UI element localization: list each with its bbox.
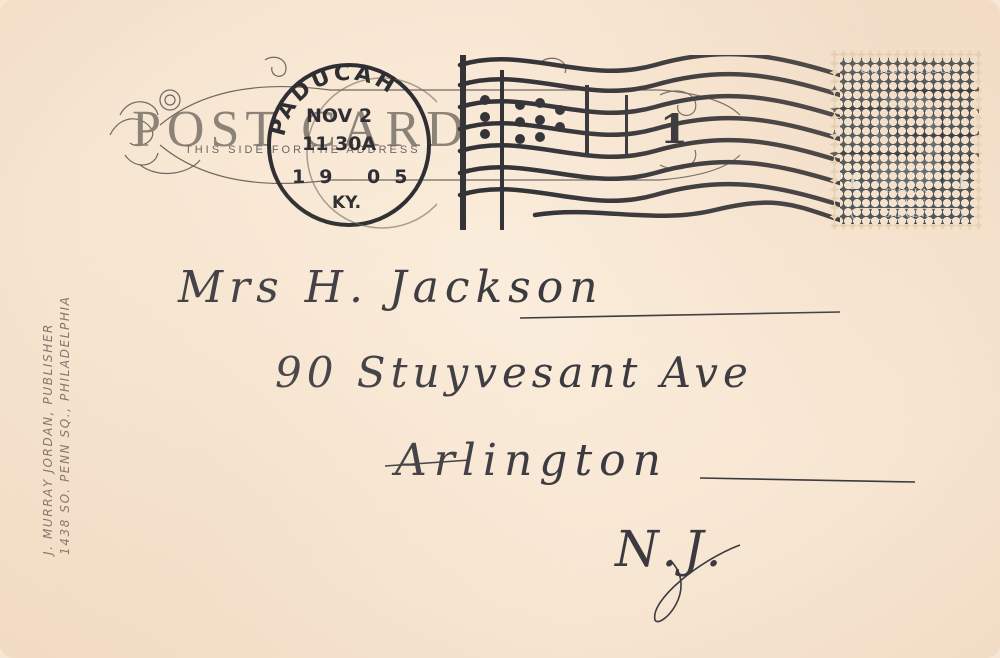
recipient-name: Mrs H. Jackson: [178, 262, 604, 313]
postmark-time: 11 30A: [302, 133, 376, 155]
stamp-postage-label: POSTAGE: [847, 198, 967, 207]
postmark: PADUCAH NOV 2 11 30A 19 05 KY.: [262, 58, 437, 233]
postmark-year: 19 05: [292, 166, 422, 188]
recipient-street: 90 Stuyvesant Ave: [275, 348, 753, 397]
stamp-cancel-lines-icon: [829, 79, 979, 199]
stamp-face: UNITED STATES OF 1 1 FRANKLIN POSTAGE ON…: [840, 58, 974, 224]
publisher-line-2: 1438 SO. PENN SQ., PHILADELPHIA: [57, 296, 74, 555]
recipient-state: N.J.: [615, 520, 728, 578]
postmark-date: NOV 2: [306, 105, 372, 127]
postcard-back: POST CARD THIS SIDE FOR THE ADDRESS 1: [0, 0, 1000, 658]
publisher-line-1: J. MURRAY JORDAN, PUBLISHER: [40, 296, 57, 555]
stamp-value: ONE CENT: [851, 208, 963, 220]
publisher-imprint: J. MURRAY JORDAN, PUBLISHER 1438 SO. PEN…: [40, 296, 74, 555]
flag-cancel-icon: 1: [455, 55, 840, 235]
stamp-country: UNITED STATES OF: [847, 65, 967, 75]
postage-stamp: UNITED STATES OF 1 1 FRANKLIN POSTAGE ON…: [830, 50, 982, 230]
cancel-number: 1: [660, 106, 688, 153]
recipient-city: Arlington: [395, 435, 668, 486]
postmark-state: KY.: [332, 193, 361, 213]
